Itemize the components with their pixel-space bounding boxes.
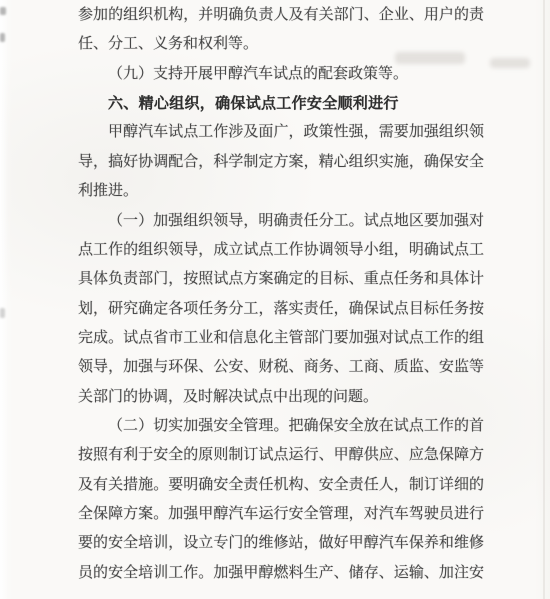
text-line: 导，搞好协调配合，科学制定方案，精心组织实施，确保安全顺 (78, 148, 484, 177)
scan-edge-right (543, 0, 545, 599)
text-line: 全保障方案。加强甲醇汽车运行安全管理，对汽车驾驶员进行必 (78, 500, 484, 529)
text-line: （二）切实加强安全管理。把确保安全放在试点工作的首位。 (78, 412, 484, 441)
text-line: （一）加强组织领导，明确责任分工。试点地区要加强对试 (78, 207, 484, 236)
document-page: 参加的组织机构，并明确负责人及有关部门、企业、用户的责任、分工、义务和权利等。（… (0, 0, 550, 599)
text-line: 领导，加强与环保、公安、财税、商务、工商、质监、安监等有 (78, 353, 484, 382)
text-line: 点工作的组织领导，成立试点工作协调领导小组，明确试点工作 (78, 236, 484, 265)
scan-edge-left (0, 0, 8, 599)
text-line: 要的安全培训，设立专门的维修站，做好甲醇汽车保养和维修人 (78, 529, 484, 558)
document-body: 参加的组织机构，并明确负责人及有关部门、企业、用户的责任、分工、义务和权利等。（… (78, 1, 484, 588)
text-line: 按照有利于安全的原则制订试点运行、甲醇供应、应急保障方案 (78, 441, 484, 470)
section-heading: 六、精心组织，确保试点工作安全顺利进行 (78, 89, 484, 118)
scan-artifact (0, 33, 5, 42)
text-line: （九）支持开展甲醇汽车试点的配套政策等。 (78, 60, 484, 89)
text-line: 具体负责部门，按照试点方案确定的目标、重点任务和具体计 (78, 265, 484, 294)
scan-artifact (0, 308, 5, 318)
text-line: 及有关措施。要明确安全责任机构、安全责任人，制订详细的安 (78, 471, 484, 500)
text-line: 任、分工、义务和权利等。 (78, 30, 484, 59)
text-line: 甲醇汽车试点工作涉及面广，政策性强，需要加强组织领 (78, 118, 484, 147)
scan-smudge (490, 58, 530, 68)
text-line: 划，研究确定各项任务分工，落实责任，确保试点目标任务按期 (78, 295, 484, 324)
text-line: 关部门的协调，及时解决试点中出现的问题。 (78, 383, 484, 412)
text-line: 员的安全培训工作。加强甲醇燃料生产、储存、运输、加注安全 (78, 559, 484, 588)
scan-artifact (0, 7, 6, 15)
text-line: 完成。试点省市工业和信息化主管部门要加强对试点工作的组织 (78, 324, 484, 353)
text-line: 参加的组织机构，并明确负责人及有关部门、企业、用户的责 (78, 1, 484, 30)
text-line: 利推进。 (78, 177, 484, 206)
